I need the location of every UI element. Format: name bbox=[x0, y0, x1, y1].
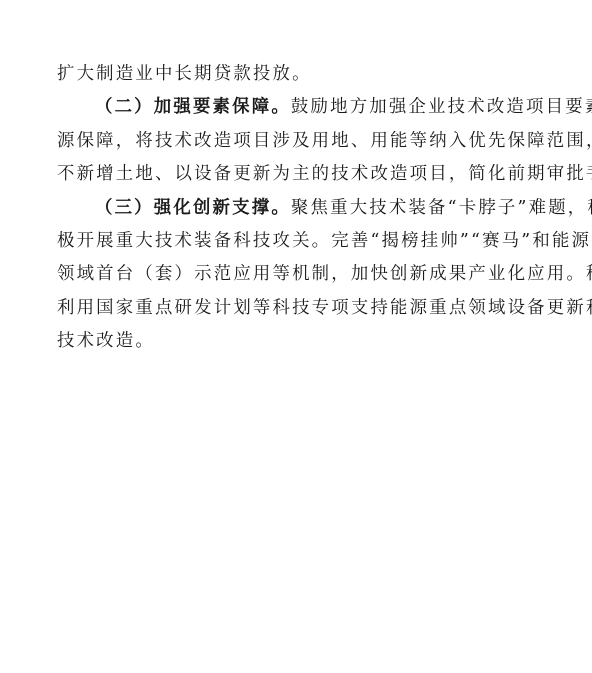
paragraph-strengthen-innovation-support: （三）强化创新支撑。聚焦重大技术装备“卡脖子”难题，积 极开展重大技术装备科技攻… bbox=[57, 192, 541, 359]
section-heading: （三）强化创新支撑。 bbox=[95, 198, 291, 218]
text-run: 聚焦重大技术装备“卡脖子”难题，积 bbox=[291, 198, 592, 218]
text-line: 扩大制造业中长期贷款投放。 bbox=[57, 58, 541, 91]
section-heading: （二）加强要素保障。 bbox=[95, 97, 291, 117]
text-run: 鼓励地方加强企业技术改造项目要素资 bbox=[291, 97, 592, 117]
text-line: 不新增土地、以设备更新为主的技术改造项目，简化前期审批手续。 bbox=[57, 158, 541, 191]
text-line: （二）加强要素保障。鼓励地方加强企业技术改造项目要素资 bbox=[57, 91, 541, 124]
text-line: 极开展重大技术装备科技攻关。完善“揭榜挂帅”“赛马”和能源 bbox=[57, 225, 541, 258]
text-line: 源保障，将技术改造项目涉及用地、用能等纳入优先保障范围，对 bbox=[57, 125, 541, 158]
text-line: 领域首台（套）示范应用等机制，加快创新成果产业化应用。积极 bbox=[57, 258, 541, 291]
document-page: 扩大制造业中长期贷款投放。 （二）加强要素保障。鼓励地方加强企业技术改造项目要素… bbox=[57, 58, 541, 359]
text-line: 技术改造。 bbox=[57, 325, 541, 358]
text-line: 利用国家重点研发计划等科技专项支持能源重点领域设备更新和 bbox=[57, 292, 541, 325]
paragraph-continuation: 扩大制造业中长期贷款投放。 bbox=[57, 58, 541, 91]
text-line: （三）强化创新支撑。聚焦重大技术装备“卡脖子”难题，积 bbox=[57, 192, 541, 225]
paragraph-strengthen-factor-support: （二）加强要素保障。鼓励地方加强企业技术改造项目要素资 源保障，将技术改造项目涉… bbox=[57, 91, 541, 191]
